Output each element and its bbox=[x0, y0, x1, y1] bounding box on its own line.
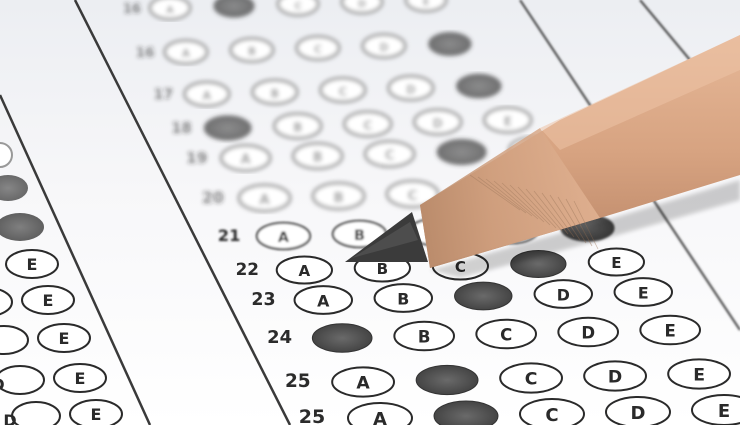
svg-text:E: E bbox=[75, 369, 86, 388]
svg-text:B: B bbox=[418, 327, 431, 346]
svg-text:A: A bbox=[259, 192, 270, 208]
answer-bubble-e[interactable] bbox=[429, 33, 471, 56]
answer-bubble-e[interactable] bbox=[457, 74, 501, 97]
question-number: 22 bbox=[236, 259, 259, 279]
svg-text:C: C bbox=[363, 118, 372, 132]
svg-text:E: E bbox=[665, 321, 676, 340]
question-number: 25 bbox=[299, 406, 325, 425]
svg-text:A: A bbox=[373, 409, 387, 425]
column-divider-lines bbox=[0, 0, 740, 425]
svg-text:B: B bbox=[333, 190, 343, 206]
answer-bubble-e[interactable]: E bbox=[38, 324, 90, 352]
answer-bubble-a[interactable]: A bbox=[185, 82, 229, 105]
svg-text:B: B bbox=[293, 120, 302, 134]
answer-bubble-b[interactable]: B bbox=[274, 114, 321, 138]
svg-text:A: A bbox=[299, 262, 311, 280]
answer-bubble-c[interactable]: C bbox=[321, 78, 365, 101]
svg-text:D: D bbox=[557, 285, 570, 304]
answer-sheet-photo: EEEEEDD 16ACDE16ABCD17ABCD18BCDE19ABCE20… bbox=[0, 0, 740, 425]
svg-text:E: E bbox=[693, 366, 705, 386]
svg-text:E: E bbox=[43, 291, 54, 310]
answer-bubble-e[interactable]: E bbox=[640, 316, 700, 345]
answer-bubble-d[interactable]: D bbox=[535, 280, 592, 308]
question-row: 17ABCD bbox=[154, 74, 501, 105]
question-number: 25 bbox=[285, 371, 311, 392]
svg-text:A: A bbox=[241, 153, 251, 168]
svg-text:B: B bbox=[377, 260, 389, 278]
question-row: 25ACDE bbox=[299, 395, 740, 425]
svg-text:E: E bbox=[59, 329, 70, 348]
answer-bubble-e[interactable]: E bbox=[54, 364, 106, 392]
svg-text:B: B bbox=[313, 151, 323, 166]
svg-text:C: C bbox=[294, 1, 301, 12]
answer-bubble-a[interactable]: A bbox=[150, 0, 190, 19]
answer-bubble-e[interactable]: E bbox=[484, 108, 531, 132]
answer-bubble-a[interactable]: A bbox=[165, 41, 207, 64]
svg-text:A: A bbox=[166, 5, 174, 16]
svg-text:C: C bbox=[525, 370, 538, 390]
answer-sheet-illustration: EEEEEDD 16ACDE16ABCD17ABCD18BCDE19ABCE20… bbox=[0, 0, 740, 425]
answer-bubble-a[interactable]: A bbox=[348, 403, 412, 425]
answer-bubble-d[interactable]: D bbox=[342, 0, 382, 13]
answer-bubble-e[interactable]: E bbox=[6, 250, 58, 278]
answer-bubble-a[interactable]: A bbox=[239, 185, 290, 211]
svg-text:C: C bbox=[408, 188, 418, 204]
question-number: 18 bbox=[171, 120, 191, 137]
answer-bubble-b[interactable]: B bbox=[231, 39, 273, 62]
answer-bubble-c[interactable]: C bbox=[476, 320, 536, 349]
question-number: 16 bbox=[136, 45, 155, 61]
question-number: 17 bbox=[154, 87, 174, 103]
svg-text:D: D bbox=[608, 368, 622, 388]
svg-text:D: D bbox=[581, 323, 595, 342]
answer-bubble-c[interactable]: C bbox=[297, 37, 339, 60]
svg-text:E: E bbox=[423, 0, 430, 8]
answer-bubble-c[interactable]: C bbox=[278, 0, 318, 15]
svg-text:C: C bbox=[314, 43, 322, 56]
answer-bubble-e[interactable]: E bbox=[22, 286, 74, 314]
svg-text:E: E bbox=[718, 401, 730, 422]
svg-text:E: E bbox=[27, 255, 38, 274]
answer-bubble-d[interactable]: D bbox=[363, 35, 405, 58]
svg-text:C: C bbox=[385, 149, 394, 164]
answer-bubble-a[interactable]: A bbox=[277, 256, 332, 283]
svg-text:D: D bbox=[433, 116, 443, 130]
answer-bubble-d[interactable]: D bbox=[584, 361, 646, 390]
question-number: 24 bbox=[267, 327, 292, 348]
svg-text:A: A bbox=[317, 291, 330, 310]
svg-text:A: A bbox=[202, 88, 211, 102]
filled-bubble[interactable] bbox=[0, 213, 44, 241]
svg-text:D: D bbox=[379, 41, 388, 54]
svg-text:D: D bbox=[0, 375, 5, 394]
answer-bubble-e[interactable]: E bbox=[406, 0, 446, 11]
answer-bubble-e[interactable]: E bbox=[615, 278, 672, 306]
question-number: 23 bbox=[251, 290, 275, 310]
question-row: 24BCDE bbox=[267, 316, 700, 353]
answer-bubble-a[interactable] bbox=[204, 116, 251, 140]
svg-text:A: A bbox=[356, 374, 370, 394]
svg-text:B: B bbox=[397, 289, 409, 308]
answer-bubble-b[interactable] bbox=[434, 401, 498, 425]
answer-bubble-d[interactable]: D bbox=[558, 318, 618, 347]
answer-bubble-b[interactable]: B bbox=[394, 322, 454, 351]
svg-text:D: D bbox=[358, 0, 366, 10]
svg-text:B: B bbox=[270, 86, 279, 100]
answer-bubble-d[interactable]: D bbox=[414, 110, 461, 134]
svg-text:A: A bbox=[182, 47, 191, 60]
question-row: 16ACDE bbox=[123, 0, 446, 19]
answer-bubble-b[interactable] bbox=[416, 365, 478, 394]
answer-bubble-a[interactable] bbox=[312, 324, 372, 353]
answer-bubble-e[interactable]: E bbox=[589, 248, 644, 275]
svg-text:E: E bbox=[504, 114, 512, 128]
answer-bubble-e[interactable]: E bbox=[668, 359, 730, 388]
question-row: 25ACDE bbox=[285, 359, 730, 396]
svg-text:E: E bbox=[611, 254, 621, 272]
answer-bubble-a[interactable]: A bbox=[332, 367, 394, 396]
answer-bubble-c[interactable]: C bbox=[500, 363, 562, 392]
answer-bubble-a[interactable]: A bbox=[221, 146, 270, 171]
answer-bubble-c[interactable]: C bbox=[365, 142, 414, 167]
svg-text:B: B bbox=[248, 45, 256, 58]
svg-text:E: E bbox=[638, 283, 649, 302]
answer-bubble-c[interactable]: C bbox=[520, 399, 584, 425]
svg-text:A: A bbox=[278, 230, 290, 246]
question-number: 20 bbox=[202, 188, 224, 207]
question-row: 16ABCD bbox=[136, 33, 471, 64]
answer-bubble-b[interactable]: B bbox=[313, 183, 364, 209]
answer-bubble-d[interactable] bbox=[437, 140, 486, 165]
question-number: 16 bbox=[123, 2, 141, 17]
answer-bubble-d[interactable]: D bbox=[389, 76, 433, 99]
filled-bubble[interactable] bbox=[0, 175, 28, 201]
answer-bubble-e[interactable]: E bbox=[692, 395, 740, 425]
question-number: 19 bbox=[186, 149, 207, 167]
question-row: 18BCDE bbox=[171, 108, 531, 140]
svg-text:D: D bbox=[406, 82, 416, 96]
svg-text:D: D bbox=[3, 411, 16, 425]
answer-bubble-e[interactable]: E bbox=[70, 400, 122, 425]
answer-bubble-b[interactable]: B bbox=[293, 144, 342, 169]
left-answer-column: EEEEEDD bbox=[0, 143, 122, 425]
answer-bubble-b[interactable] bbox=[214, 0, 254, 17]
answer-bubble-b[interactable]: B bbox=[375, 284, 432, 312]
svg-text:C: C bbox=[545, 405, 558, 425]
answer-bubble-c[interactable]: C bbox=[344, 112, 391, 136]
answer-bubble-d[interactable]: D bbox=[606, 397, 670, 425]
svg-text:D: D bbox=[631, 403, 646, 424]
answer-bubble-a[interactable]: A bbox=[257, 223, 310, 249]
answer-bubble-a[interactable]: A bbox=[295, 286, 352, 314]
svg-text:C: C bbox=[500, 325, 512, 344]
answer-bubble-c[interactable] bbox=[455, 282, 512, 310]
svg-text:C: C bbox=[339, 84, 347, 98]
svg-text:E: E bbox=[91, 405, 102, 424]
svg-text:B: B bbox=[354, 228, 365, 244]
question-number: 21 bbox=[218, 226, 241, 245]
answer-bubble-b[interactable]: B bbox=[253, 80, 297, 103]
